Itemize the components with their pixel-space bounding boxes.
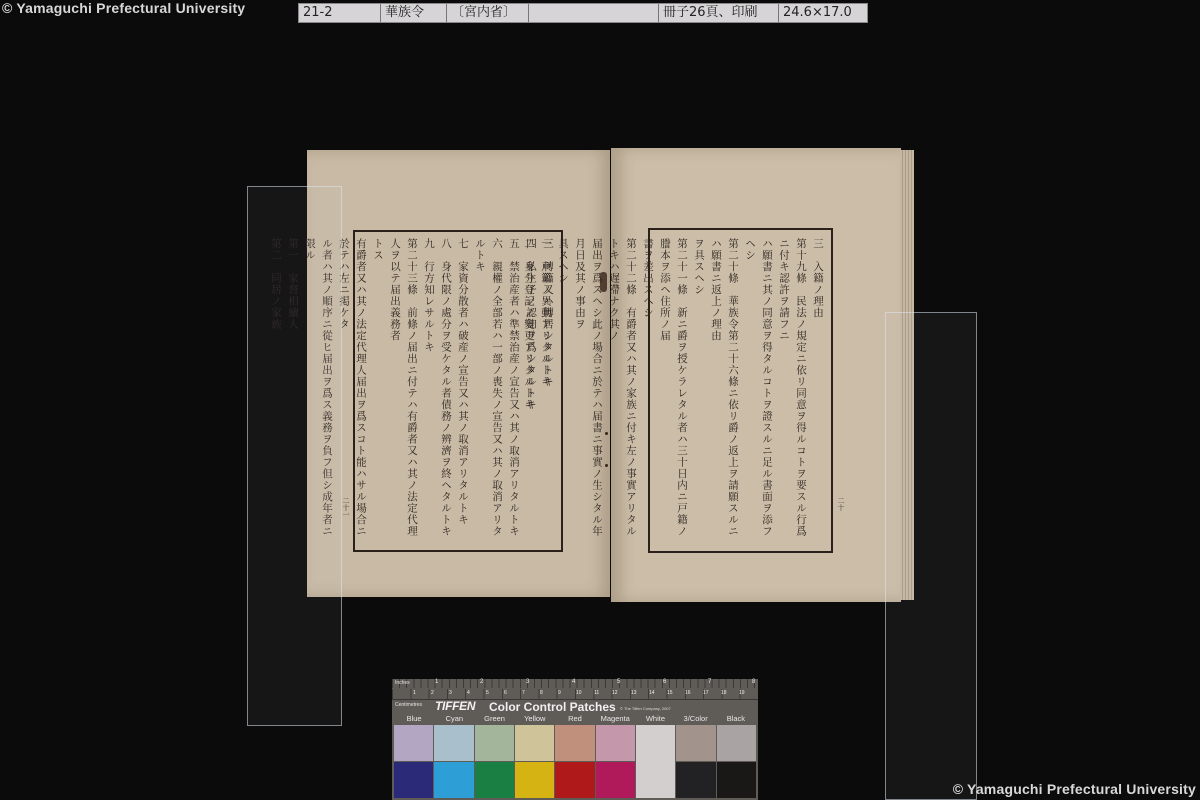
cm-mark: 6 <box>504 690 507 696</box>
patch-blue <box>394 762 433 798</box>
cm-mark: 17 <box>703 690 709 696</box>
patch-cyan-light <box>434 725 473 761</box>
text-line: 第二十一條 新ニ爵ヲ授ケラレタル者ハ三十日内ニ戸籍ノ謄本ヲ添ヘ住所ノ届 <box>656 238 690 546</box>
patch-magenta-light <box>596 725 635 761</box>
right-page-text: 三 入籍ノ理由 第十九條 民法ノ規定ニ依リ同意ヲ得ルコトヲ要スル行爲ニ付キ認許ヲ… <box>654 238 826 546</box>
text-line: 八 身代限ノ處分ヲ受ケタル者債務ノ辨濟ヲ終ヘタルトキ <box>437 238 454 546</box>
inch-mark: 6 <box>663 679 666 685</box>
cm-mark: 1 <box>413 690 416 696</box>
text-line: 届出ヲ爲スヘシ此ノ場合ニ於テハ届書ニ事實ノ生シタル年月日及其ノ事由ヲ <box>571 238 605 546</box>
text-line: 第十九條 民法ノ規定ニ依リ同意ヲ得ルコトヲ要スル行爲ニ付キ認許ヲ請フニ <box>775 238 809 546</box>
cm-mark: 18 <box>721 690 727 696</box>
cm-mark: 13 <box>631 690 637 696</box>
card-title: Color Control Patches <box>489 700 616 714</box>
cm-mark: 19 <box>739 690 745 696</box>
text-line: 九 行方知レサルトキ <box>420 238 437 546</box>
text-line: ハ願書ニ其ノ同意ヲ得タルコトヲ證スルニ足ル書面ヲ添フヘシ <box>741 238 775 546</box>
cm-mark: 14 <box>649 690 655 696</box>
text-line: 七 家資分散者ハ破産ノ宣告又ハ其ノ取消アリタルトキ <box>454 238 471 546</box>
catalog-id: 21-2 <box>299 4 381 22</box>
cm-mark: 5 <box>486 690 489 696</box>
inches-label: Inches <box>395 680 410 686</box>
patch-green-light <box>475 725 514 761</box>
cm-mark: 2 <box>431 690 434 696</box>
right-page-number: 二十 <box>836 497 846 511</box>
patch-cyan <box>434 762 473 798</box>
patch-yellow-light <box>515 725 554 761</box>
left-page-number: 二十一 <box>341 497 351 518</box>
patch-white <box>636 725 675 798</box>
centimetres-label: Centimetres <box>395 702 422 708</box>
patch-label-white: White <box>635 714 675 723</box>
patch-label-green: Green <box>474 714 514 723</box>
cm-mark: 8 <box>540 690 543 696</box>
cm-mark: 16 <box>685 690 691 696</box>
catalog-info-bar: 21-2 華族令 〔宮内省〕 冊子26頁、印刷 24.6×17.0 <box>298 3 868 23</box>
inch-mark: 8 <box>752 679 755 685</box>
tiffen-logo: TIFFEN <box>435 699 475 713</box>
patch-label-magenta: Magenta <box>595 714 635 723</box>
patch-red-light <box>555 725 594 761</box>
watermark-bottom-right: © Yamaguchi Prefectural University <box>953 781 1196 797</box>
text-line: トス <box>369 238 386 546</box>
glass-weight-right <box>885 312 977 800</box>
inch-mark: 4 <box>572 679 575 685</box>
text-line: 二 身分登記ノ變更アリタルトキ <box>520 238 537 546</box>
catalog-issuer: 〔宮内省〕 <box>447 4 529 22</box>
text-line: 書ヲ差出スヘシ <box>639 238 656 546</box>
catalog-blank <box>529 4 659 22</box>
cm-mark: 11 <box>594 690 599 696</box>
cm-mark: 15 <box>667 690 673 696</box>
catalog-format: 冊子26頁、印刷 <box>659 4 779 22</box>
inch-mark: 2 <box>480 679 483 685</box>
patch-magenta <box>596 762 635 798</box>
tiffen-color-card: Inches 1 2 3 4 5 6 7 8 1 2 3 4 5 6 7 8 9… <box>392 679 758 800</box>
patch-blue-light <box>394 725 433 761</box>
cm-mark: 4 <box>467 690 470 696</box>
cm-mark: 7 <box>522 690 525 696</box>
patch-label-black: Black <box>716 714 756 723</box>
text-line: 第二十二條 有爵者又ハ其ノ家族ニ付キ左ノ事實アリタルトキハ遅滯ナク其ノ <box>605 238 639 546</box>
inch-mark: 5 <box>617 679 620 685</box>
text-line: 第二十三條 前條ノ届出ニ付テハ有爵者又ハ其ノ法定代理人ヲ以テ届出義務者 <box>386 238 420 546</box>
patch-label-red: Red <box>555 714 595 723</box>
patch-label-3color: 3/Color <box>676 714 716 723</box>
patch-label-cyan: Cyan <box>434 714 474 723</box>
cm-mark: 12 <box>612 690 618 696</box>
ruler: Inches 1 2 3 4 5 6 7 8 1 2 3 4 5 6 7 8 9… <box>392 679 758 700</box>
patch-red <box>555 762 594 798</box>
patch-3color-light <box>676 725 715 761</box>
patch-yellow <box>515 762 554 798</box>
text-line: 三 入籍ノ理由 <box>809 238 826 546</box>
patch-labels: Blue Cyan Green Yellow Red Magenta White… <box>394 714 756 723</box>
card-copyright: © The Tiffen Company, 2007 <box>620 706 671 711</box>
text-line: ヲ具スヘシ <box>690 238 707 546</box>
cm-mark: 10 <box>576 690 582 696</box>
text-line: 具スヘシ <box>554 238 571 546</box>
text-line: 第二十條 華族令第二十六條ニ依リ爵ノ返上ヲ請願スルニハ願書ニ返上ノ理由 <box>707 238 741 546</box>
patch-green <box>475 762 514 798</box>
inch-mark: 7 <box>708 679 711 685</box>
glass-weight-left <box>247 186 342 726</box>
patch-black <box>717 762 756 798</box>
patch-label-blue: Blue <box>394 714 434 723</box>
inch-mark: 1 <box>435 679 438 685</box>
cm-mark: 9 <box>558 690 561 696</box>
color-patches <box>394 725 756 798</box>
text-line: 六 親權ノ全部若ハ一部ノ喪失ノ宣告又ハ其ノ取消アリタルトキ <box>471 238 505 546</box>
watermark-top-left: © Yamaguchi Prefectural University <box>2 0 245 16</box>
text-line: 一 戸籍ノ異動アリタルトキ <box>537 238 554 546</box>
patch-label-yellow: Yellow <box>515 714 555 723</box>
cm-mark: 3 <box>449 690 452 696</box>
inch-mark: 3 <box>526 679 529 685</box>
patch-black-light <box>717 725 756 761</box>
patch-3color-dark <box>676 762 715 798</box>
catalog-title: 華族令 <box>381 4 447 22</box>
catalog-dimensions: 24.6×17.0 <box>779 4 867 22</box>
